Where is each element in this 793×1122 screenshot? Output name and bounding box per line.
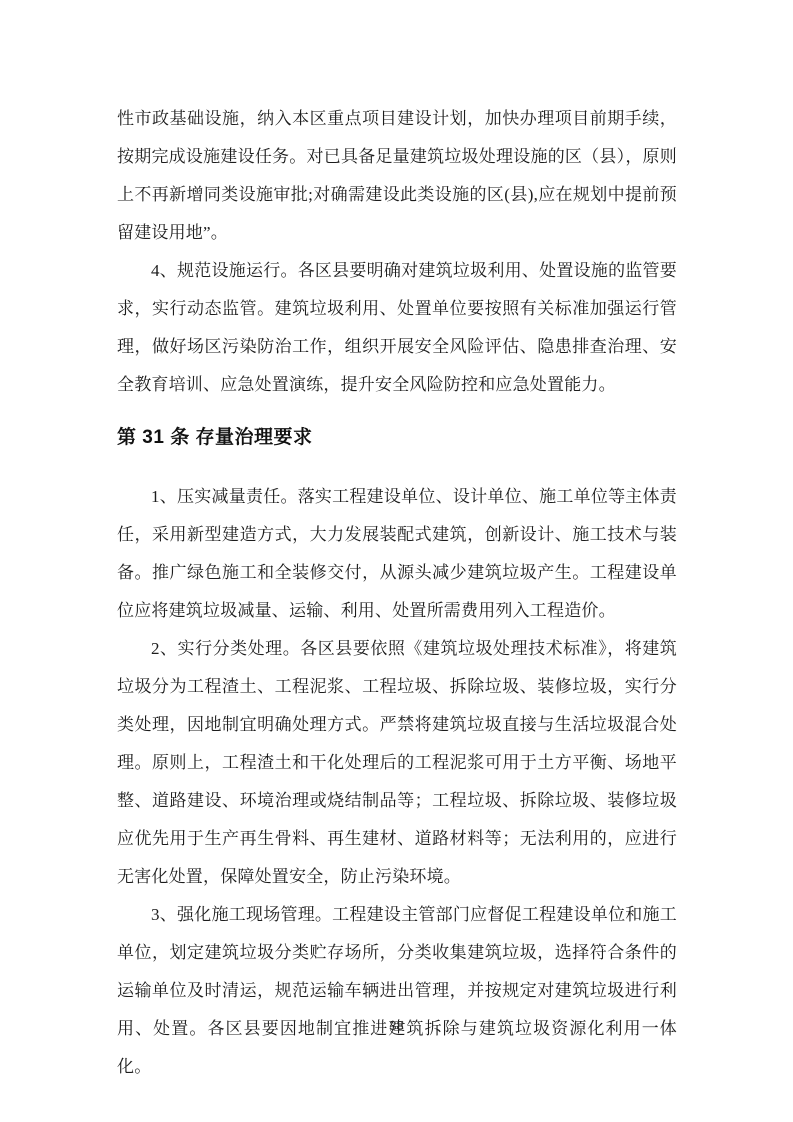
body-paragraph: 3、强化施工现场管理。工程建设主管部门应督促工程建设单位和施工单位，划定建筑垃圾… (117, 896, 677, 1086)
section-heading: 第 31 条 存量治理要求 (117, 424, 677, 452)
page-number: 38 (0, 1018, 793, 1033)
body-paragraph: 性市政基础设施，纳入本区重点项目建设计划，加快办理项目前期手续，按期完成设施建设… (117, 100, 677, 252)
document-page: 性市政基础设施，纳入本区重点项目建设计划，加快办理项目前期手续，按期完成设施建设… (0, 0, 793, 1122)
body-paragraph: 4、规范设施运行。各区县要明确对建筑垃圾利用、处置设施的监管要求，实行动态监管。… (117, 252, 677, 404)
body-paragraph: 1、压实减量责任。落实工程建设单位、设计单位、施工单位等主体责任，采用新型建造方… (117, 478, 677, 630)
body-paragraph: 2、实行分类处理。各区县要依照《建筑垃圾处理技术标准》，将建筑垃圾分为工程渣土、… (117, 630, 677, 896)
document-body: 性市政基础设施，纳入本区重点项目建设计划，加快办理项目前期手续，按期完成设施建设… (117, 100, 677, 1086)
